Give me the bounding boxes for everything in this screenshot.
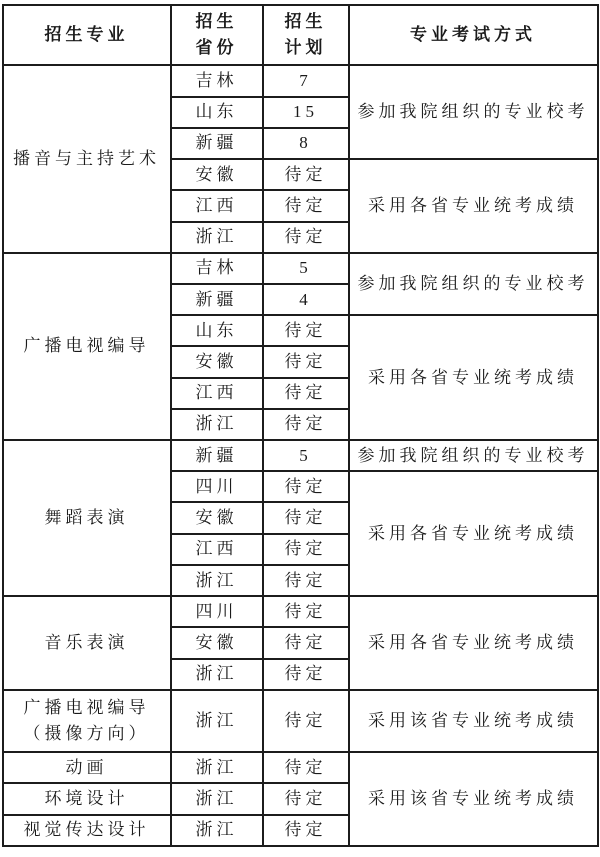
province-cell: 山东 [171,97,263,128]
table-row: 播音与主持艺术 吉林 7 参加我院组织的专业校考 [3,65,598,96]
exam-method-cell: 采用各省专业统考成绩 [349,596,598,690]
table-row: 舞蹈表演 新疆 5 参加我院组织的专业校考 [3,440,598,471]
table-row: 广播电视编导 吉林 5 参加我院组织的专业校考 [3,253,598,284]
exam-method-cell: 采用各省专业统考成绩 [349,315,598,440]
major-cell: 广播电视编导 [3,253,171,440]
exam-method-cell: 参加我院组织的专业校考 [349,253,598,315]
province-cell: 新疆 [171,284,263,315]
province-cell: 浙江 [171,659,263,690]
province-cell: 江西 [171,534,263,565]
province-cell: 山东 [171,315,263,346]
plan-cell: 5 [263,440,349,471]
exam-method-cell: 参加我院组织的专业校考 [349,440,598,471]
province-cell: 江西 [171,378,263,409]
plan-cell: 待定 [263,159,349,190]
major-cell: 音乐表演 [3,596,171,690]
plan-cell: 8 [263,128,349,159]
header-province: 招生 省份 [171,5,263,65]
plan-cell: 待定 [263,378,349,409]
province-cell: 浙江 [171,565,263,596]
province-cell: 安徽 [171,627,263,658]
province-cell: 浙江 [171,783,263,814]
province-cell: 新疆 [171,440,263,471]
province-cell: 江西 [171,190,263,221]
province-cell: 新疆 [171,128,263,159]
plan-cell: 待定 [263,596,349,627]
exam-method-cell: 采用各省专业统考成绩 [349,471,598,596]
plan-cell: 待定 [263,783,349,814]
province-cell: 浙江 [171,690,263,752]
enrollment-table: 招生专业 招生 省份 招生 计划 专业考试方式 播音与主持艺术 吉林 7 参加我… [2,4,599,847]
plan-cell: 待定 [263,534,349,565]
province-cell: 四川 [171,471,263,502]
province-cell: 安徽 [171,159,263,190]
table-row: 音乐表演 四川 待定 采用各省专业统考成绩 [3,596,598,627]
plan-cell: 待定 [263,502,349,533]
major-cell: 舞蹈表演 [3,440,171,596]
major-cell: 视觉传达设计 [3,815,171,846]
province-cell: 浙江 [171,815,263,846]
plan-cell: 待定 [263,690,349,752]
plan-cell: 待定 [263,627,349,658]
plan-cell: 7 [263,65,349,96]
major-cell: 动画 [3,752,171,783]
table-row: 动画 浙江 待定 采用该省专业统考成绩 [3,752,598,783]
plan-cell: 待定 [263,565,349,596]
province-cell: 安徽 [171,502,263,533]
plan-cell: 待定 [263,471,349,502]
plan-cell: 待定 [263,815,349,846]
major-cell: 环境设计 [3,783,171,814]
plan-cell: 待定 [263,752,349,783]
header-exam-method: 专业考试方式 [349,5,598,65]
province-cell: 浙江 [171,409,263,440]
major-cell: 播音与主持艺术 [3,65,171,252]
plan-cell: 待定 [263,190,349,221]
table-row: 广播电视编导 （摄像方向） 浙江 待定 采用该省专业统考成绩 [3,690,598,752]
province-cell: 吉林 [171,253,263,284]
header-plan: 招生 计划 [263,5,349,65]
exam-method-cell: 采用该省专业统考成绩 [349,752,598,846]
major-cell: 广播电视编导 （摄像方向） [3,690,171,752]
plan-cell: 5 [263,253,349,284]
plan-cell: 待定 [263,222,349,253]
plan-cell: 待定 [263,315,349,346]
province-cell: 四川 [171,596,263,627]
province-cell: 吉林 [171,65,263,96]
exam-method-cell: 采用各省专业统考成绩 [349,159,598,253]
plan-cell: 待定 [263,409,349,440]
exam-method-cell: 采用该省专业统考成绩 [349,690,598,752]
province-cell: 浙江 [171,222,263,253]
header-row: 招生专业 招生 省份 招生 计划 专业考试方式 [3,5,598,65]
province-cell: 安徽 [171,346,263,377]
exam-method-cell: 参加我院组织的专业校考 [349,65,598,159]
plan-cell: 4 [263,284,349,315]
plan-cell: 待定 [263,659,349,690]
plan-cell: 15 [263,97,349,128]
plan-cell: 待定 [263,346,349,377]
province-cell: 浙江 [171,752,263,783]
header-major: 招生专业 [3,5,171,65]
